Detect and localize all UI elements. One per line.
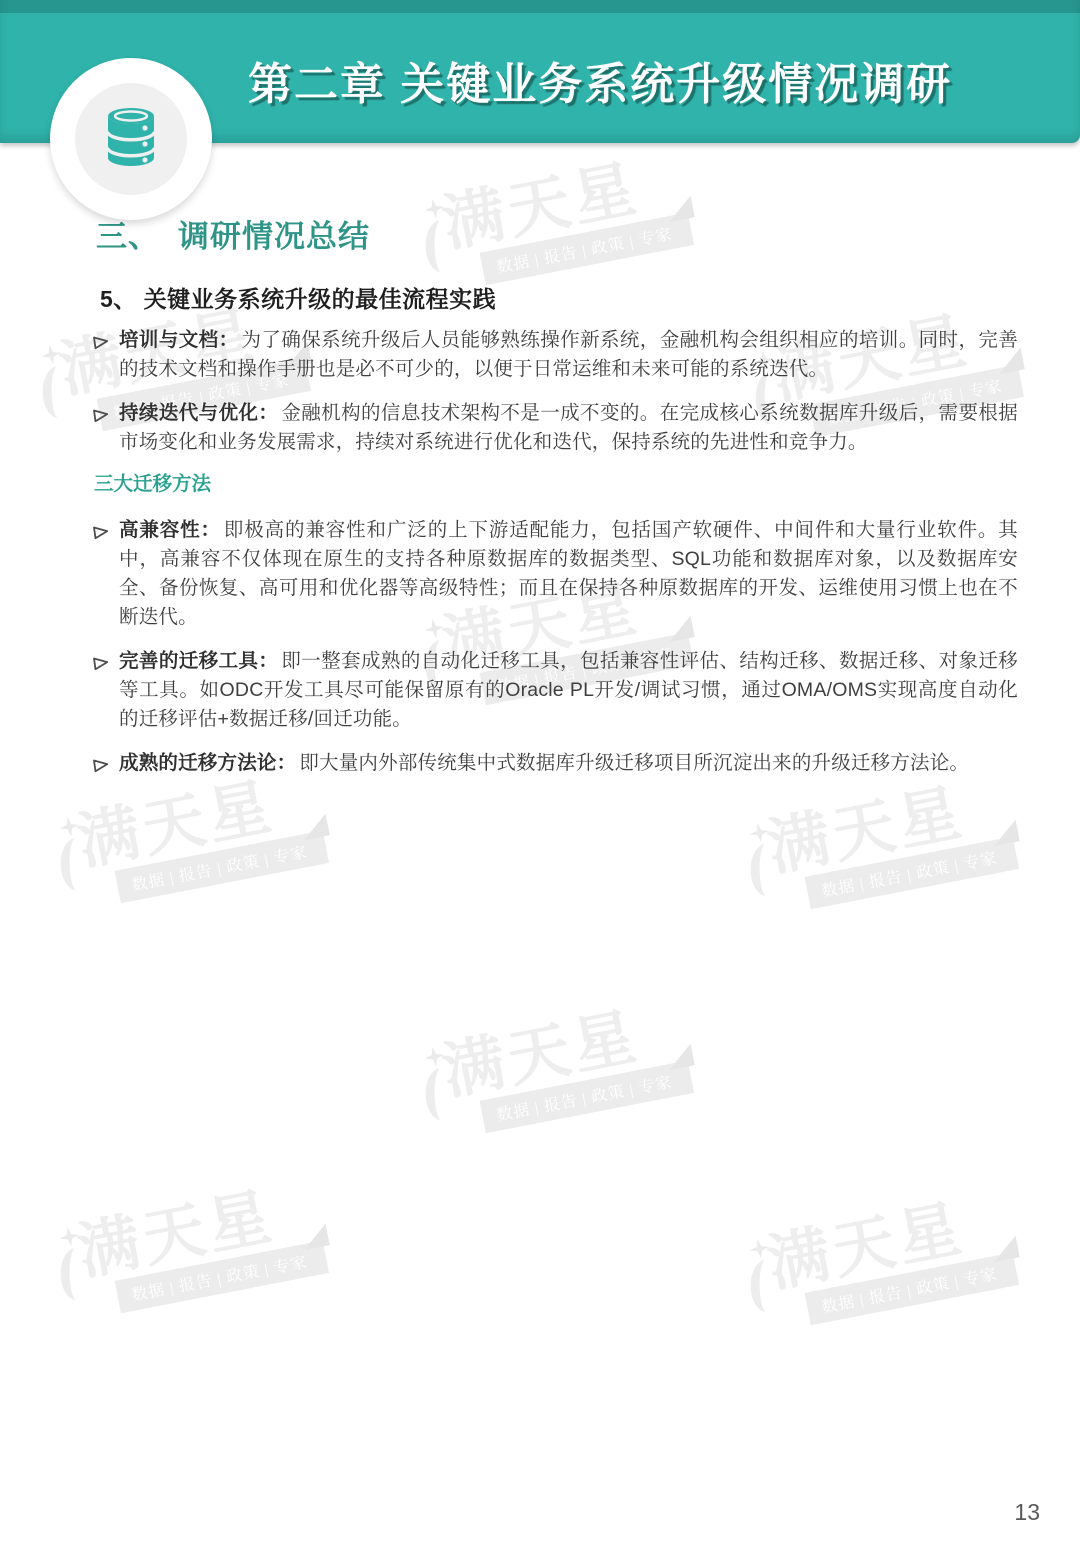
- watermark-subtitle: 数据 | 报告 | 政策 | 专家: [130, 1254, 309, 1305]
- bullet-text: 持续迭代与优化：金融机构的信息技术架构不是一成不变的。在完成核心系统数据库升级后…: [119, 399, 1018, 457]
- page-number: 13: [1014, 1499, 1040, 1526]
- swoosh-stroke-icon: [60, 1248, 92, 1301]
- watermark-subtitle: 数据 | 报告 | 政策 | 专家: [495, 1074, 674, 1125]
- watermark-subtitle: 数据 | 报告 | 政策 | 专家: [820, 1266, 999, 1317]
- bullet-body: 即大量内外部传统集中式数据库升级迁移项目所沉淀出来的升级迁移方法论。: [299, 752, 969, 774]
- watermark: 满天星 数据 | 报告 | 政策 | 专家: [763, 774, 1017, 915]
- watermark-title: 满天星: [763, 1190, 1010, 1297]
- subsection-heading: 5、 关键业务系统升级的最佳流程实践: [100, 284, 1018, 314]
- sparkle-star-icon: [423, 197, 446, 220]
- bullet-label: 培训与文档：: [119, 329, 239, 351]
- bullet-text: 高兼容性：即极高的兼容性和广泛的上下游适配能力，包括国产软硬件、中间件和大量行业…: [119, 516, 1018, 632]
- watermark-title: 满天星: [438, 998, 685, 1105]
- flag-triangle-icon: [990, 820, 1020, 847]
- swoosh-stroke-icon: [750, 844, 782, 897]
- bullet-label: 成熟的迁移方法论：: [119, 752, 296, 774]
- sparkle-star-icon: [748, 1237, 771, 1260]
- swoosh-stroke-icon: [42, 366, 74, 419]
- best-practice-list: 培训与文档：为了确保系统升级后人员能够熟练操作新系统，金融机构会组织相应的培训。…: [92, 326, 1018, 457]
- arrowhead-bullet-icon: [92, 406, 110, 429]
- watermark-subtitle-band: 数据 | 报告 | 政策 | 专家: [115, 830, 329, 903]
- list-item: 培训与文档：为了确保系统升级后人员能够熟练操作新系统，金融机构会组织相应的培训。…: [92, 326, 1018, 384]
- watermark-subtitle-band: 数据 | 报告 | 政策 | 专家: [480, 1060, 694, 1133]
- list-item: 高兼容性：即极高的兼容性和广泛的上下游适配能力，包括国产软硬件、中间件和大量行业…: [92, 516, 1018, 632]
- list-item: 持续迭代与优化：金融机构的信息技术架构不是一成不变的。在完成核心系统数据库升级后…: [92, 399, 1018, 457]
- arrowhead-bullet-icon: [92, 654, 110, 677]
- list-item: 完善的迁移工具：即一整套成熟的自动化迁移工具，包括兼容性评估、结构迁移、数据迁移…: [92, 647, 1018, 734]
- section-number: 三、: [96, 219, 160, 254]
- swoosh-stroke-icon: [425, 1068, 457, 1121]
- page-content: 三、调研情况总结 5、 关键业务系统升级的最佳流程实践 培训与文档：为了确保系统…: [92, 218, 1018, 794]
- section-title: 调研情况总结: [178, 219, 370, 254]
- database-icon: [104, 106, 158, 173]
- watermark-subtitle: 数据 | 报告 | 政策 | 专家: [130, 844, 309, 895]
- bullet-text: 完善的迁移工具：即一整套成熟的自动化迁移工具，包括兼容性评估、结构迁移、数据迁移…: [119, 647, 1018, 734]
- chapter-icon-badge: [50, 58, 212, 220]
- sparkle-star-icon: [423, 1045, 446, 1068]
- report-page: 满天星 数据 | 报告 | 政策 | 专家 满天星 数据 | 报告 | 政策 |…: [0, 0, 1080, 1559]
- flag-triangle-icon: [665, 1044, 695, 1071]
- sparkle-star-icon: [58, 1225, 81, 1248]
- swoosh-stroke-icon: [60, 838, 92, 891]
- bullet-label: 高兼容性：: [119, 519, 221, 541]
- sparkle-star-icon: [748, 821, 771, 844]
- sparkle-star-icon: [40, 343, 63, 366]
- watermark-subtitle-band: 数据 | 报告 | 政策 | 专家: [805, 1252, 1019, 1325]
- watermark-title: 满天星: [73, 1178, 320, 1285]
- bullet-label: 完善的迁移工具：: [119, 650, 278, 672]
- watermark: 满天星 数据 | 报告 | 政策 | 专家: [73, 1178, 327, 1319]
- chapter-icon-circle: [75, 83, 187, 195]
- watermark: 满天星 数据 | 报告 | 政策 | 专家: [438, 998, 692, 1139]
- flag-triangle-icon: [990, 1236, 1020, 1263]
- watermark-subtitle-band: 数据 | 报告 | 政策 | 专家: [115, 1240, 329, 1313]
- migration-methods-heading: 三大迁移方法: [94, 472, 1018, 496]
- arrowhead-bullet-icon: [92, 756, 110, 779]
- bullet-text: 成熟的迁移方法论：即大量内外部传统集中式数据库升级迁移项目所沉淀出来的升级迁移方…: [119, 749, 969, 778]
- watermark: 满天星 数据 | 报告 | 政策 | 专家: [763, 1190, 1017, 1331]
- bullet-label: 持续迭代与优化：: [119, 402, 278, 424]
- arrowhead-bullet-icon: [92, 333, 110, 356]
- watermark-subtitle-band: 数据 | 报告 | 政策 | 专家: [805, 836, 1019, 909]
- bullet-body: 即极高的兼容性和广泛的上下游适配能力，包括国产软硬件、中间件和大量行业软件。其中…: [119, 519, 1018, 628]
- arrowhead-bullet-icon: [92, 523, 110, 546]
- section-heading: 三、调研情况总结: [96, 218, 1018, 256]
- flag-triangle-icon: [300, 1224, 330, 1251]
- bullet-text: 培训与文档：为了确保系统升级后人员能够熟练操作新系统，金融机构会组织相应的培训。…: [119, 326, 1018, 384]
- watermark-subtitle: 数据 | 报告 | 政策 | 专家: [820, 850, 999, 901]
- flag-triangle-icon: [300, 814, 330, 841]
- header-top-strip: [0, 0, 1080, 13]
- migration-methods-list: 高兼容性：即极高的兼容性和广泛的上下游适配能力，包括国产软硬件、中间件和大量行业…: [92, 516, 1018, 779]
- sparkle-star-icon: [58, 815, 81, 838]
- chapter-title: 第二章 关键业务系统升级情况调研: [248, 32, 952, 112]
- bullet-body: 为了确保系统升级后人员能够熟练操作新系统，金融机构会组织相应的培训。同时，完善的…: [119, 329, 1018, 380]
- list-item: 成熟的迁移方法论：即大量内外部传统集中式数据库升级迁移项目所沉淀出来的升级迁移方…: [92, 749, 1018, 779]
- swoosh-stroke-icon: [750, 1260, 782, 1313]
